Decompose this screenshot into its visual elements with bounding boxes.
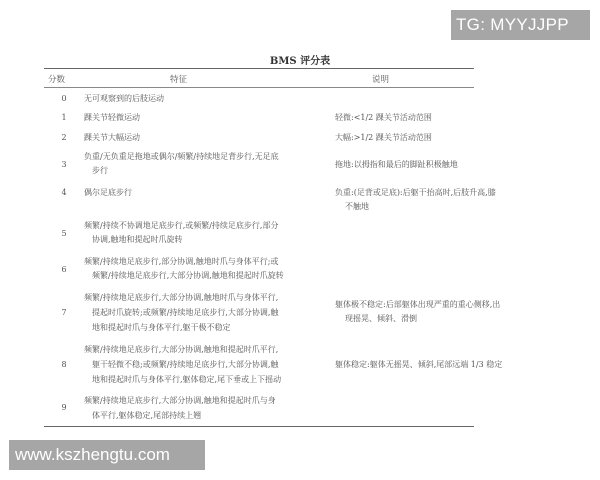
score-cell: 2 [58, 131, 70, 145]
feature-line: 地和提起时爪与身体平行,躯干极不稳定 [84, 320, 334, 335]
note-cell: 躯体极不稳定:后部躯体出现严重的重心侧移,出 现摇晃、倾斜、滑倒 [335, 298, 575, 326]
feature-line: 频繁/持续地足底步行,大部分协调,触地和提起时爪旋转 [84, 269, 334, 283]
feature-line: 协调,触地和提起时爪旋转 [84, 233, 334, 247]
score-cell: 1 [58, 111, 70, 125]
watermark-top: TG: MYYJJPP [451, 10, 590, 40]
note-line: 轻微:<1/2 踝关节活动范围 [335, 113, 432, 122]
feature-line: 频繁/持续不协调地足底步行,或频繁/持续足底步行,部分 [84, 219, 334, 233]
feature-line: 躯干轻微不稳;或频繁/持续地足底步行,大部分协调,触 [84, 357, 334, 372]
feature-line: 提起时爪旋转;或频繁/持续地足底步行,大部分协调,触 [84, 305, 334, 320]
score-cell: 4 [58, 186, 70, 200]
note-cell: 负重:(足背或足底):后躯干抬高时,后肢升高,膝 不触地 [335, 186, 575, 214]
score-cell: 6 [58, 263, 70, 277]
feature-cell: 频繁/持续不协调地足底步行,或频繁/持续足底步行,部分 协调,触地和提起时爪旋转 [84, 219, 334, 247]
note-line: 负重:(足背或足底):后躯干抬高时,后肢升高,膝 [335, 186, 575, 200]
header-feature: 特征 [170, 73, 187, 85]
feature-line: 偶尔足底步行 [84, 188, 132, 197]
table-top-rule [44, 68, 474, 69]
feature-line: 体平行,躯体稳定,尾部持续上翘 [84, 408, 334, 423]
feature-cell: 频繁/持续地足底步行,大部分协调,触地时爪与身体平行, 提起时爪旋转;或频繁/持… [84, 290, 334, 335]
note-cell: 躯体稳定:躯体无摇晃、倾斜,尾部远端 1/3 稳定 [335, 358, 575, 372]
note-line: 大幅:>1/2 踝关节活动范围 [335, 133, 432, 142]
feature-line: 频繁/持续地足底步行,部分协调,触地时爪与身体平行;或 [84, 255, 334, 269]
note-line: 现摇晃、倾斜、滑倒 [335, 312, 575, 326]
score-cell: 7 [58, 306, 70, 320]
feature-line: 频繁/持续地足底步行,大部分协调,触地和提起时爪与身 [84, 393, 334, 408]
score-cell: 5 [58, 227, 70, 241]
score-cell: 9 [58, 401, 70, 415]
feature-cell: 频繁/持续地足底步行,大部分协调,触地和提起时爪与身 体平行,躯体稳定,尾部持续… [84, 393, 334, 423]
table-header-rule [44, 87, 474, 88]
note-line: 躯体极不稳定:后部躯体出现严重的重心侧移,出 [335, 298, 575, 312]
score-cell: 3 [58, 158, 70, 172]
feature-cell: 踝关节轻微运动 [84, 111, 334, 125]
note-line: 拖地:以拇指和最后的脚趾积极触地 [335, 160, 458, 169]
note-line: 不触地 [335, 200, 575, 214]
note-cell: 轻微:<1/2 踝关节活动范围 [335, 111, 575, 125]
score-cell: 0 [58, 92, 70, 106]
feature-cell: 偶尔足底步行 [84, 186, 334, 200]
feature-line: 频繁/持续地足底步行,大部分协调,触地和提起时爪平行, [84, 342, 334, 357]
header-note: 说明 [372, 73, 389, 85]
feature-cell: 频繁/持续地足底步行,大部分协调,触地和提起时爪平行, 躯干轻微不稳;或频繁/持… [84, 342, 334, 387]
feature-cell: 踝关节大幅运动 [84, 131, 334, 145]
watermark-bottom: www.kszhengtu.com [9, 440, 205, 470]
note-cell: 大幅:>1/2 踝关节活动范围 [335, 131, 575, 145]
note-cell: 拖地:以拇指和最后的脚趾积极触地 [335, 158, 575, 172]
feature-line: 踝关节轻微运动 [84, 113, 140, 122]
note-line: 躯体稳定:躯体无摇晃、倾斜,尾部远端 1/3 稳定 [335, 360, 502, 369]
feature-line: 踝关节大幅运动 [84, 133, 140, 142]
score-cell: 8 [58, 358, 70, 372]
feature-cell: 负重/无负重足拖地或偶尔/频繁/持续地足背步行,无足底 步行 [84, 150, 334, 178]
feature-line: 步行 [84, 164, 334, 178]
table-title: BMS 评分表 [0, 52, 600, 67]
header-score: 分数 [48, 73, 65, 85]
feature-cell: 频繁/持续地足底步行,部分协调,触地时爪与身体平行;或 频繁/持续地足底步行,大… [84, 255, 334, 283]
feature-line: 无可观察到的后肢运动 [84, 94, 164, 103]
feature-line: 负重/无负重足拖地或偶尔/频繁/持续地足背步行,无足底 [84, 150, 334, 164]
feature-cell: 无可观察到的后肢运动 [84, 92, 334, 106]
feature-line: 地和提起时爪与身体平行,躯体稳定,尾下垂或上下摇动 [84, 372, 334, 387]
table-bottom-rule [44, 426, 474, 427]
feature-line: 频繁/持续地足底步行,大部分协调,触地时爪与身体平行, [84, 290, 334, 305]
